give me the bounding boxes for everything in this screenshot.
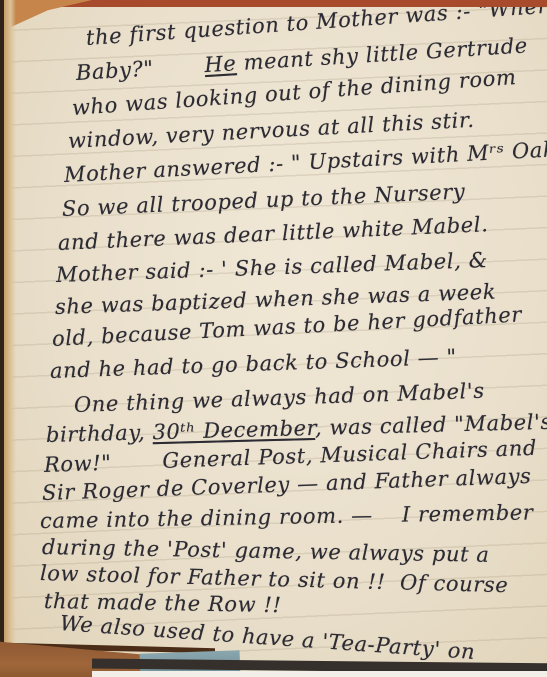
line-text: One thing we always had on Mabel's	[74, 379, 485, 417]
book-spine-edge	[4, 0, 16, 677]
handwritten-line: and he had to go back to School — "	[50, 345, 458, 383]
handwritten-line: So we all trooped up to the Nursery	[61, 179, 465, 221]
line-text: and he had to go back to School — "	[50, 345, 458, 383]
handwritten-line: and there was dear little white Mabel.	[57, 212, 488, 255]
handwritten-text-block: the first question to Mother was :- "Whe…	[0, 0, 547, 677]
underlined-word: He	[204, 51, 237, 77]
line-text: Baby?"	[75, 53, 205, 85]
handwritten-line: came into the dining room. — I remember	[40, 500, 534, 533]
diary-page-photo: the first question to Mother was :- "Whe…	[0, 0, 547, 677]
line-text: , was called "Mabel's	[315, 410, 547, 440]
line-text: So we all trooped up to the Nursery	[61, 179, 465, 221]
handwritten-line: One thing we always had on Mabel's	[74, 379, 485, 417]
line-text: came into the dining room. — I remember	[40, 500, 534, 533]
line-text: birthday,	[46, 420, 153, 447]
photo-bottom-margin	[92, 671, 547, 677]
underlined-date: 30ᵗʰ December	[152, 416, 315, 444]
line-text: and there was dear little white Mabel.	[57, 212, 488, 255]
